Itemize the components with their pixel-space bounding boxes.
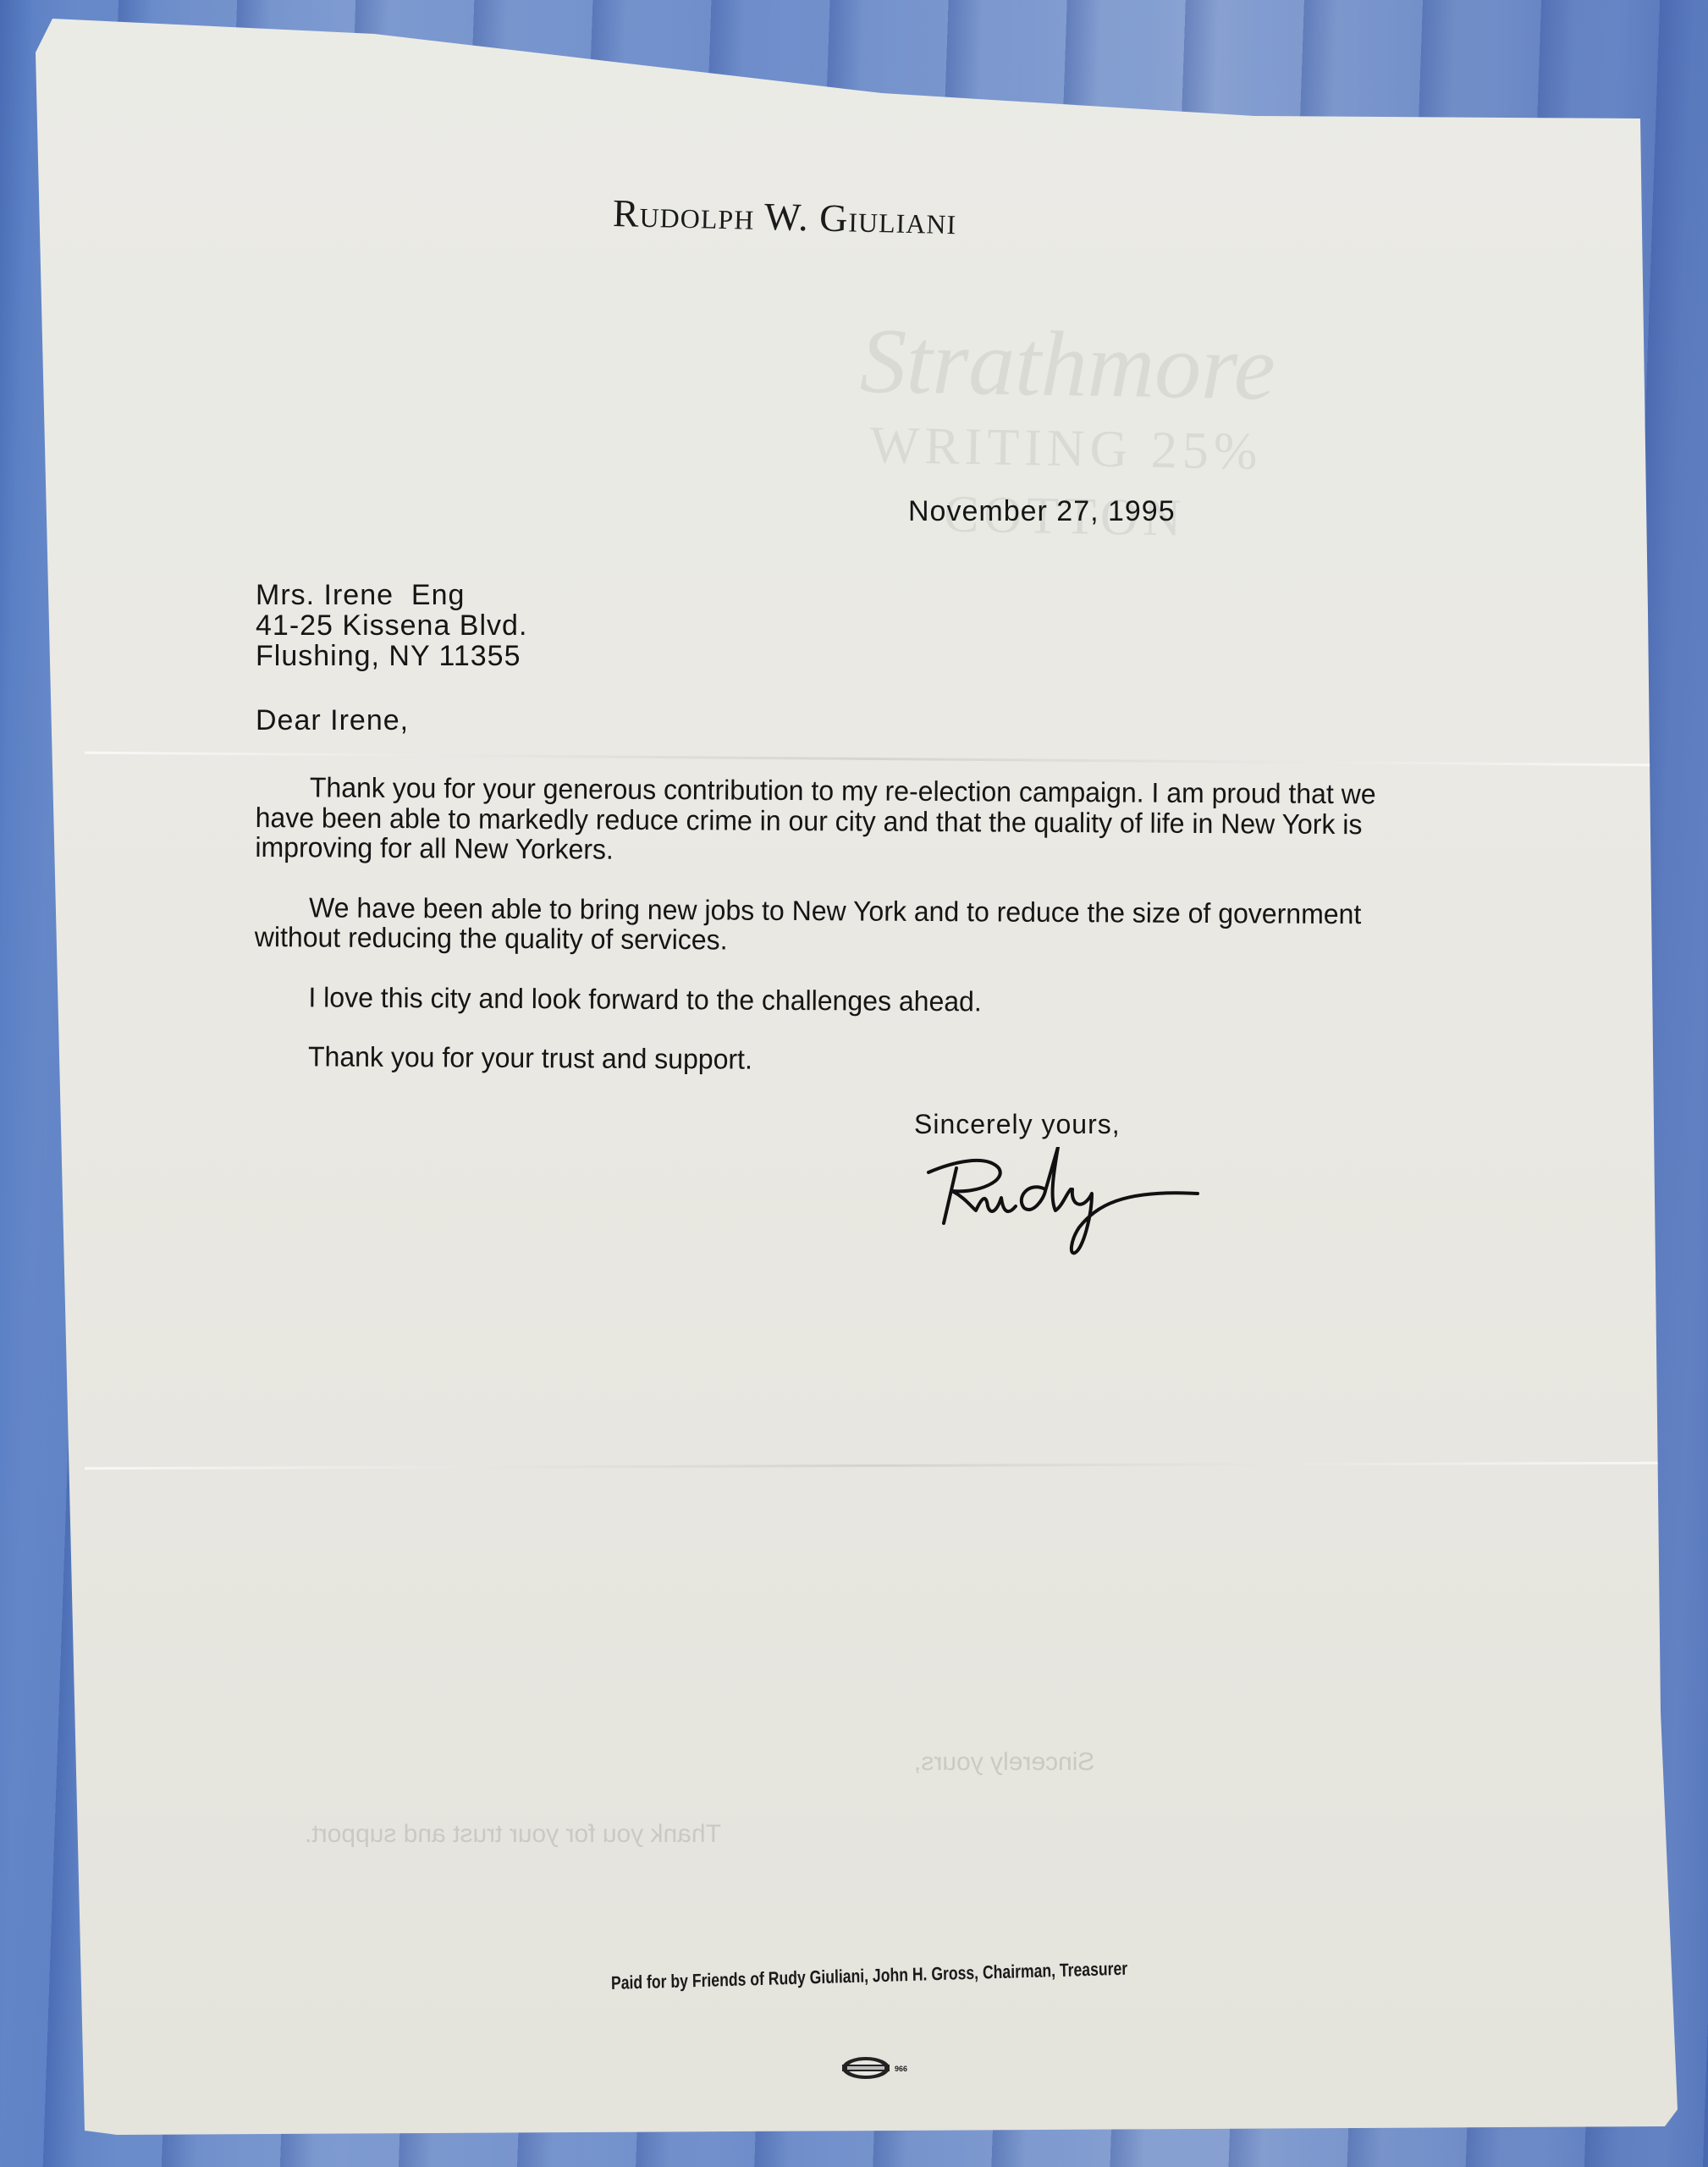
union-bug-icon: 966 — [840, 2055, 917, 2081]
letter-body: Thank you for your generous contribution… — [254, 772, 1405, 1108]
body-paragraph: We have been able to bring new jobs to N… — [255, 891, 1404, 959]
svg-text:966: 966 — [895, 2065, 907, 2073]
body-paragraph: Thank you for your generous contribution… — [255, 772, 1405, 869]
recipient-address: Mrs. Irene Eng 41-25 Kissena Blvd. Flush… — [256, 580, 527, 671]
bleed-through-text: Thank you for your trust and support. — [305, 1820, 721, 1849]
fold-line — [85, 752, 1662, 767]
body-paragraph: Thank you for your trust and support. — [254, 1041, 1403, 1078]
salutation: Dear Irene, — [256, 704, 409, 737]
watermark-brand: Strathmore — [762, 308, 1373, 421]
watermark-subtitle: WRITING 25% COTTON — [760, 410, 1372, 556]
fold-line — [85, 1462, 1662, 1470]
signature-rudy — [918, 1147, 1206, 1257]
body-paragraph: I love this city and look forward to the… — [254, 981, 1403, 1018]
recipient-street: 41-25 Kissena Blvd. — [256, 610, 527, 641]
letterhead-name: Rudolph W. Giuliani — [612, 190, 956, 243]
recipient-name: Mrs. Irene Eng — [256, 580, 527, 610]
closing: Sincerely yours, — [914, 1109, 1121, 1140]
letter-date: November 27, 1995 — [908, 495, 1176, 528]
recipient-city: Flushing, NY 11355 — [256, 641, 527, 671]
bleed-through-text: Sincerely yours, — [914, 1748, 1094, 1777]
